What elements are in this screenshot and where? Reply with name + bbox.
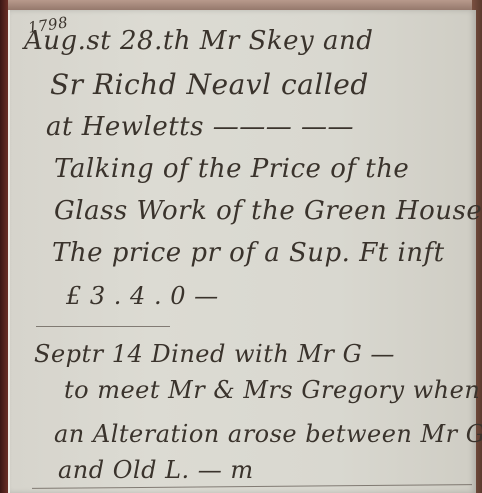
entry-1-line-4: Talking of the Price of the [54, 154, 409, 184]
entry-divider [36, 326, 170, 327]
entry-1-line-6: The price pr of a Sup. Ft inft [52, 238, 445, 268]
entry-1-price: £ 3 . 4 . 0 — [66, 282, 219, 310]
entry-1-line-3: at Hewletts ——— —— [46, 112, 354, 142]
entry-2-line-2: to meet Mr & Mrs Gregory when [64, 376, 480, 404]
diary-page: 1798 Aug.st 28.th Mr Skey and Sr Richd N… [8, 10, 476, 493]
entry-2-line-4: and Old L. — m [58, 456, 254, 484]
entry-1-line-1: Aug.st 28.th Mr Skey and [24, 26, 373, 56]
entry-2-line-3: an Alteration arose between Mr G. [54, 420, 482, 448]
entry-1-line-2: Sr Richd Neavl called [50, 68, 369, 101]
page-bottom-rule [32, 484, 472, 489]
entry-1-line-5: Glass Work of the Green House [54, 196, 482, 226]
book-binding-left [0, 0, 8, 493]
entry-2-line-1: Septr 14 Dined with Mr G — [34, 340, 395, 368]
